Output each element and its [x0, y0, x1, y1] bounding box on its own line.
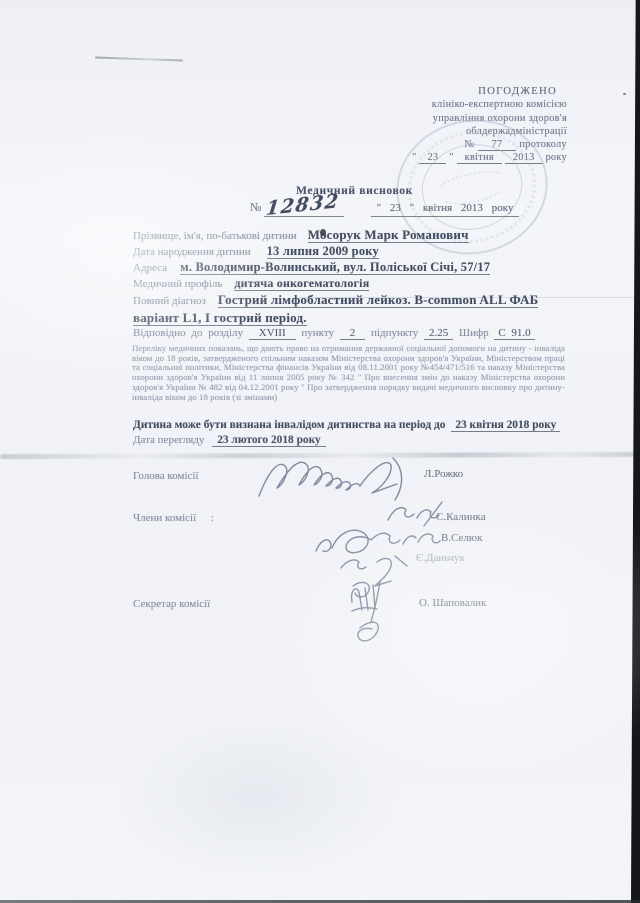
field-address-value: м. Володимир-Волинський, вул. Поліської …: [180, 260, 490, 275]
date-day: 23: [390, 202, 401, 214]
protocol-suffix: протоколу: [519, 139, 567, 150]
section-label: Відповідно до розділу: [133, 327, 243, 339]
field-name-label: Прізвище, ім'я, по-батькові дитини: [133, 230, 297, 242]
code-label: Шифр: [459, 327, 489, 339]
number-label: №: [250, 200, 261, 214]
protocol-number: 77: [478, 139, 517, 151]
approval-date-suffix: року: [545, 152, 567, 163]
section-value: XVIII: [249, 327, 296, 340]
members-label: Члени комісії: [133, 512, 196, 524]
date-year: 2013: [461, 202, 483, 214]
quote: ": [410, 202, 415, 214]
subitem-label: підпункту: [371, 327, 418, 339]
members-label-line: Члени комісії :: [133, 512, 214, 524]
field-birthdate-label: Дата народження дитини: [133, 246, 251, 258]
field-section: Відповідно до розділу XVIII пункту 2 під…: [133, 327, 535, 339]
secretary-signature: [338, 580, 396, 648]
approval-date-year: 2013: [505, 152, 543, 164]
validity-value: 23 квітня 2018 року: [451, 419, 560, 432]
field-diagnosis-label: Повний діагноз: [133, 295, 206, 307]
field-profile: Медичний профіль дитяча онкогематологія: [133, 274, 369, 292]
quote: ": [377, 202, 382, 214]
field-diagnosis: Повний діагноз Гострий лімфобластний лей…: [133, 292, 565, 326]
approval-date-month: квітня: [457, 152, 502, 164]
field-profile-label: Медичний профіль: [133, 278, 222, 290]
head-name: Л.Рожко: [424, 468, 463, 480]
field-profile-value: дитяча онкогематологія: [234, 276, 369, 291]
approval-date-day: 23: [419, 152, 446, 164]
validity-line: Дитина може бути визнана інвалідом дитин…: [133, 419, 560, 431]
ink-blot: [320, 229, 326, 236]
item-value: 2: [340, 327, 366, 340]
approval-title: ПОГОДЖЕНО: [317, 85, 567, 98]
member3-name: Є.Даньчук: [416, 552, 465, 564]
pen-scratch-mark: [95, 56, 183, 61]
document-number-line: № 12832 " 23 " квітня 2013 року: [250, 198, 519, 220]
secretary-name: О. Шаповалик: [419, 597, 486, 609]
approval-protocol-line: № 77 протоколу: [317, 138, 567, 151]
head-signature: [255, 452, 445, 504]
code-value: С 91.0: [494, 327, 534, 340]
field-birthdate-value: 13 липня 2009 року: [267, 244, 379, 259]
review-line: Дата перегляду 23 лютого 2018 року: [133, 434, 326, 446]
document-date: " 23 " квітня 2013 року: [371, 202, 520, 217]
legal-text: Переліку медичних показань, що дають пра…: [132, 344, 565, 402]
subitem-value: 2.25: [424, 327, 453, 340]
approval-date-line: " 23 " квітня 2013 року: [317, 151, 567, 164]
secretary-label: Секретар комісії: [133, 598, 210, 610]
quote: ": [449, 152, 454, 163]
approval-line: управління охорони здоров'я: [317, 112, 567, 125]
member2-name: В.Селюк: [441, 532, 483, 544]
scan-speck: [623, 93, 626, 95]
item-label: пункту: [301, 327, 334, 339]
approval-line: облдержадміністрації: [317, 125, 567, 138]
head-of-commission-label: Голова комісії: [133, 470, 199, 482]
date-suffix: року: [492, 202, 514, 214]
member1-name: С.Калинка: [436, 511, 486, 523]
validity-prefix: Дитина може бути визнана інвалідом дитин…: [133, 419, 445, 431]
review-label: Дата перегляду: [133, 434, 204, 446]
field-name-value: Мосорук Марк Романович: [308, 227, 469, 243]
quote: ": [412, 152, 417, 163]
protocol-prefix: №: [465, 139, 475, 150]
field-address-label: Адреса: [133, 262, 167, 274]
scanned-medical-certificate: ПОГОДЖЕНО клініко-експертною комісією уп…: [0, 0, 640, 903]
document-number-handwritten: 12832: [264, 198, 344, 217]
date-month: квітня: [423, 202, 452, 214]
approval-line: клініко-експертною комісією: [317, 98, 567, 111]
approval-block: ПОГОДЖЕНО клініко-експертною комісією уп…: [317, 85, 567, 165]
members-colon: :: [211, 512, 214, 524]
review-value: 23 лютого 2018 року: [212, 434, 326, 447]
